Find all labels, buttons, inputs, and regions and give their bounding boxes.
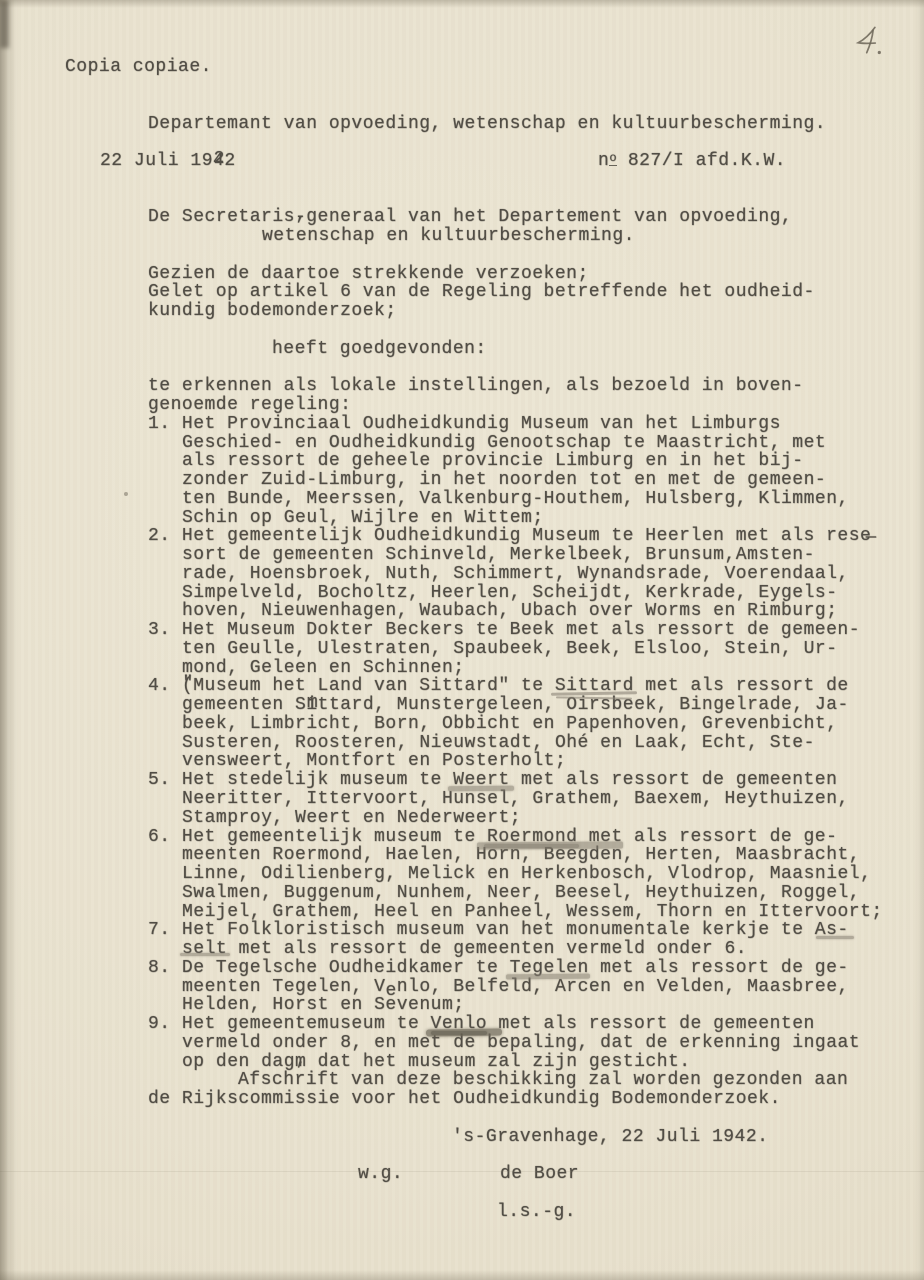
copia-header: Copia copiae. — [65, 58, 212, 76]
reference-number: no 827/I afd.K.W. — [598, 152, 786, 171]
item-4-line-3: beek, Limbricht, Born, Obbicht en Papenh… — [182, 715, 838, 733]
item-1-line-4: zonder Zuid-Limburg, in het noorden tot … — [182, 471, 826, 489]
closing-line-2: de Rijkscommissie voor het Oudheidkundig… — [148, 1090, 781, 1108]
overtyped-character: 42 — [213, 151, 224, 171]
scan-edge-shadow-left — [0, 0, 18, 1280]
item-5-line-3: Stamproy, Weert en Nederweert; — [182, 809, 521, 827]
item-1-line-5: ten Bunde, Meerssen, Valkenburg-Houthem,… — [182, 490, 849, 508]
considerans-1: Gezien de daartoe strekkende verzoeken; — [148, 265, 589, 283]
overtyped-character: -, — [295, 207, 306, 227]
stray-dot — [124, 492, 128, 496]
closing-line-1: Afschrift van deze beschikking zal worde… — [238, 1071, 848, 1089]
item-8-line-1: 8. De Tegelsche Oudheidkamer te Tegelen … — [148, 959, 849, 977]
item-4-line-4: Susteren, Roosteren, Nieuwstadt, Ohé en … — [182, 734, 815, 752]
seal-abbrev: l.s.-g. — [497, 1203, 576, 1221]
salutation-line-2: wetenschap en kultuurbescherming. — [262, 227, 635, 245]
item-1-line-1: 1. Het Provinciaal Oudheidkundig Museum … — [148, 415, 781, 433]
handwritten-4-glyph — [850, 22, 890, 64]
scan-edge-shadow-bottom — [0, 1270, 924, 1280]
overtyped-character: m, — [295, 1052, 306, 1072]
date-line: 22 Juli 19422 — [100, 152, 236, 170]
item-2-line-1: 2. Het gemeentelijk Oudheidkundig Museum… — [148, 527, 871, 545]
item-8-line-3: Helden, Horst en Sevenum; — [182, 996, 465, 1014]
place-date-line: 's-Gravenhage, 22 Juli 1942. — [452, 1128, 768, 1146]
scanned-document-page: Copia copiae.Departemant van opvoeding, … — [0, 0, 924, 1280]
item-6-line-2: meenten Roermond, Haelen, Horn, Beegden,… — [182, 846, 860, 864]
underline-venlo-core — [431, 1031, 487, 1036]
item-1-line-2: Geschied- en Oudheidkundig Genootschap t… — [182, 434, 826, 452]
underline-asselt-dash — [816, 936, 854, 939]
item-7-line-1: 7. Het Folkloristisch museum van het mon… — [148, 921, 849, 939]
underline-roermond-core — [484, 844, 579, 848]
overtyped-character: im — [306, 695, 317, 715]
considerans-2: Gelet op artikel 6 van de Regeling betre… — [148, 283, 815, 301]
item-4-line-2: gemeenten Simttard, Munstergeleen, Oirsb… — [182, 696, 849, 714]
underline-tegelen — [506, 973, 590, 978]
signature-name: de Boer — [500, 1165, 579, 1183]
scan-edge-shadow-top — [0, 0, 924, 8]
considerans-3: kundig bodemonderzoek; — [148, 302, 397, 320]
item-6-line-3: Linne, Odilienberg, Melick en Herkenbosc… — [182, 865, 871, 883]
signed-abbrev: w.g. — [358, 1165, 403, 1183]
salutation-line-1: De Secretaris-,generaal van het Departem… — [148, 208, 792, 226]
item-1-line-3: als ressort de geheele provincie Limburg… — [182, 452, 804, 470]
item-9-line-2: vermeld onder 8, en met de bepaling, dat… — [182, 1034, 860, 1052]
item-1-line-6: Schin op Geul, Wijlre en Wittem; — [182, 509, 544, 527]
overtyped-character: (" — [182, 676, 193, 696]
item-2-line-4: Simpelveld, Bocholtz, Heerlen, Scheijdt,… — [182, 584, 838, 602]
decision-intro-2: genoemde regeling: — [148, 396, 351, 414]
item-5-line-2: Neeritter, Ittervoort, Hunsel, Grathem, … — [182, 790, 849, 808]
underline-weert — [448, 786, 514, 791]
handwritten-page-number — [850, 22, 890, 69]
item-2-line-3: rade, Hoensbroek, Nuth, Schimmert, Wynan… — [182, 565, 849, 583]
item-2-line-5: hoven, Nieuwenhagen, Waubach, Ubach over… — [182, 602, 838, 620]
decision-heading: heeft goedgevonden: — [272, 340, 487, 358]
scan-edge-shadow-right — [915, 0, 924, 1280]
item-3-line-1: 3. Het Museum Dokter Beckers te Beek met… — [148, 621, 860, 639]
item-3-line-3: mond, Geleen en Schinnen; — [182, 659, 465, 677]
underline-selt — [180, 953, 230, 956]
item-8-line-2: meenten Tegelen, Venlo, Belfeld, Arcen e… — [182, 978, 849, 996]
item-3-line-2: ten Geulle, Ulestraten, Spaubeek, Beek, … — [182, 640, 838, 658]
item-9-line-3: op den dagm, dat het museum zal zijn ges… — [182, 1053, 691, 1071]
decision-intro-1: te erkennen als lokale instellingen, als… — [148, 377, 804, 395]
item-7-line-2: selt met als ressort de gemeenten vermel… — [182, 940, 747, 958]
item-4-line-5: vensweert, Montfort en Posterholt; — [182, 752, 566, 770]
item-6-line-4: Swalmen, Buggenum, Nunhem, Neer, Beesel,… — [182, 884, 860, 902]
item-4-line-1: 4. ("Museum het Land van Sittard" te Sit… — [148, 677, 849, 695]
item-6-line-5: Meijel, Grathem, Heel en Panheel, Wessem… — [182, 903, 883, 921]
item-2-line-2: sort de gemeenten Schinveld, Merkelbeek,… — [182, 546, 815, 564]
department-header: Departemant van opvoeding, wetenschap en… — [148, 115, 826, 133]
paper-crease — [0, 1171, 924, 1172]
